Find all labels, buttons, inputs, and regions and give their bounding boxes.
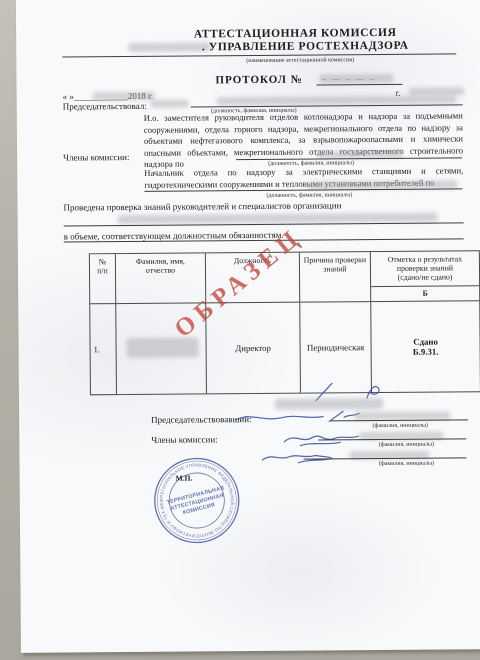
document-page: АТТЕСТАЦИОННАЯ КОМИССИЯ . УПРАВЛЕНИЕ РОС… — [16, 0, 480, 653]
redacted-date — [93, 92, 155, 100]
round-stamp: МЕЖРЕГИОНАЛЬНОЕ УПРАВЛЕНИЕ ФЕДЕРАЛЬНОЙ С… — [150, 454, 243, 547]
redacted-city — [409, 87, 465, 95]
col-subheader-b: Б — [371, 286, 479, 302]
underline — [318, 438, 466, 440]
chaired-by-label: Председательствовал: — [63, 101, 147, 113]
mp-label: М.П. — [176, 474, 193, 483]
protocol-label: ПРОТОКОЛ № — [215, 74, 302, 87]
commission-title-line2: . УПРАВЛЕНИЕ РОСТЕХНАДЗОРА — [105, 39, 480, 54]
redacted-text — [151, 100, 189, 108]
row-result: Сдано Б.9.31. — [371, 301, 480, 392]
members-signature-label: Члены комиссии: — [151, 434, 217, 445]
result-status: Сдано — [413, 337, 438, 347]
underline — [330, 419, 468, 421]
result-code: Б.9.31. — [413, 347, 439, 357]
row-reason: Периодическая — [300, 302, 372, 393]
scanned-protocol-photo: { "header": { "line1": "АТТЕСТАЦИОННАЯ К… — [0, 0, 480, 660]
underline — [317, 84, 403, 86]
members-label: Члены комиссии: — [63, 152, 129, 164]
name-caption: (фамилия, инициалы) — [346, 460, 466, 468]
commission-name-caption: (наименование аттестационной комиссии) — [150, 56, 450, 65]
underline — [303, 457, 466, 459]
knowledge-check-line: Проведена проверка знаний руководителей … — [63, 200, 403, 214]
redacted-protocol-number — [319, 74, 393, 84]
col-header-name: Фамилия, имя, отчество — [116, 253, 206, 304]
results-table: № п/п Фамилия, имя, отчество Должность П… — [89, 250, 480, 395]
name-caption: (фамилия, инициалы) — [346, 441, 466, 449]
col-header-reason: Причина проверки знаний — [300, 252, 371, 303]
position-caption: (должность, фамилия, инициалы) — [224, 192, 394, 200]
col-header-num: № п/п — [90, 254, 116, 304]
col-header-result: Отметка о результатах проверки знаний (с… — [371, 251, 479, 287]
row-num: 1. — [90, 304, 117, 394]
